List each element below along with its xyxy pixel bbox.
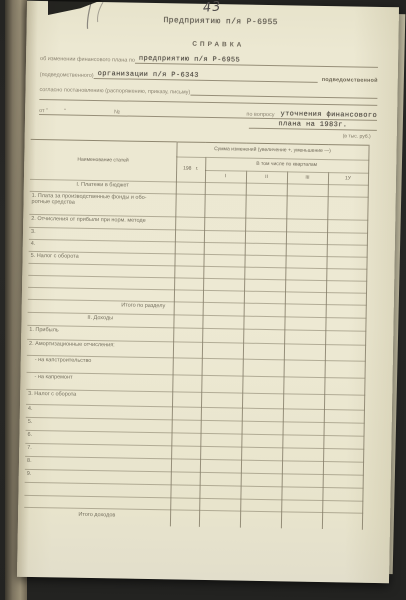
table-cell [201, 392, 242, 408]
table-cell [174, 266, 203, 279]
subject-field-line2: плана на 1983г. [249, 119, 377, 131]
table-cell [242, 421, 283, 435]
table-cell [243, 316, 284, 330]
table-cell [172, 420, 201, 434]
table-cell [171, 433, 200, 447]
table-cell [203, 302, 244, 316]
table-cell [174, 302, 203, 316]
table-cell [170, 485, 199, 499]
table-cell [323, 462, 363, 476]
date-close-quote: " [64, 108, 66, 114]
table-cell [324, 410, 364, 424]
table-cell [284, 317, 325, 331]
table-cell [244, 279, 285, 292]
table-cell [285, 304, 326, 318]
table-cell [173, 328, 202, 343]
table-cell [200, 472, 241, 486]
table-cell [245, 195, 286, 219]
table-cell [202, 315, 243, 329]
table-cell [285, 292, 326, 305]
table-cell [172, 375, 201, 393]
table-cell [322, 488, 362, 502]
table-cell [327, 220, 367, 234]
table-cell [172, 392, 201, 408]
table-cell [205, 182, 246, 195]
table-cell [200, 446, 241, 460]
table-cell [175, 217, 204, 231]
table-cell [245, 218, 286, 232]
table-cell [174, 254, 203, 267]
spacer [39, 125, 249, 129]
table-cell [282, 448, 323, 462]
change-field: предприятию п/я Р-6955 [135, 54, 378, 68]
table-cell [173, 315, 202, 329]
header-quarter-4: 1У [328, 173, 368, 186]
table-cell [242, 408, 283, 422]
number-sign: № [114, 109, 120, 115]
header-quarter-3: III [287, 172, 328, 185]
table-cell [204, 230, 245, 243]
table-cell [284, 344, 325, 361]
header-items: Наименование статей [30, 139, 177, 182]
table-cell [325, 361, 365, 379]
table-cell [204, 194, 245, 218]
table-cell [199, 498, 240, 511]
table-cell [324, 395, 364, 411]
table-cell [243, 343, 284, 360]
subject-label: по вопросу [246, 112, 274, 118]
handwritten-number: 43 [202, 0, 222, 16]
table-cell [285, 268, 326, 281]
table-cell [173, 358, 202, 376]
table-cell [322, 501, 362, 514]
table-cell [242, 376, 283, 394]
table-cell [240, 499, 281, 512]
table-cell [172, 407, 201, 421]
table-cell [323, 475, 363, 489]
table-cell [326, 257, 366, 270]
table-cell [244, 255, 285, 268]
change-value: предприятию п/я Р-6955 [139, 55, 240, 65]
table-cell [324, 378, 364, 396]
table-cell [245, 231, 286, 244]
table-cell [286, 232, 327, 245]
table-cell [245, 243, 286, 256]
table-cell [283, 422, 324, 436]
table-cell [243, 329, 284, 344]
table-cell [285, 256, 326, 269]
table-cell [243, 359, 284, 377]
header-quarter-1: I [205, 170, 246, 183]
change-label: об изменении финансового плана по [40, 56, 135, 64]
table-cell [325, 318, 365, 332]
table-cell [203, 254, 244, 267]
table-cell [285, 280, 326, 293]
subordinate-value: организации п/я Р-6343 [98, 70, 199, 80]
form-line-subordinate: (подведомственного) организации п/я Р-63… [40, 67, 378, 84]
table-cell [281, 500, 322, 513]
table-cell [176, 182, 205, 195]
date-from-label: от " [39, 108, 48, 114]
table-cell [174, 290, 203, 303]
table-cell [199, 510, 240, 527]
table-cell [283, 394, 324, 410]
table-cell [281, 487, 322, 501]
subject-value-line1: уточнения финансового [280, 110, 377, 120]
table-cell [287, 184, 328, 197]
table-cell [202, 358, 243, 376]
table-cell [202, 342, 243, 359]
header-quarter-2: II [246, 171, 287, 184]
table-cell [323, 449, 363, 463]
table-cell [240, 511, 281, 528]
table-cell [173, 342, 202, 359]
table-cell [326, 293, 366, 306]
table-cell [241, 447, 282, 461]
table-cell [202, 328, 243, 343]
table-cell [171, 446, 200, 460]
table-cell [325, 331, 365, 346]
table-cell [244, 291, 285, 304]
table-cell [244, 303, 285, 317]
table-cell [323, 436, 363, 450]
table-cell [282, 461, 323, 475]
table-cell [328, 185, 368, 198]
header-year: 198 г. [176, 157, 205, 183]
table-cell [175, 194, 204, 218]
table-cell [201, 420, 242, 434]
table-cell [325, 345, 365, 362]
table-cell [282, 474, 323, 488]
table-cell [326, 281, 366, 294]
table-cell [242, 393, 283, 409]
table-cell [170, 510, 199, 527]
table-cell [284, 330, 325, 345]
table-cell [241, 473, 282, 487]
table-cell [286, 196, 327, 220]
subordinate-label: (подведомственного) [40, 72, 94, 79]
table-cell [241, 460, 282, 474]
table-cell [200, 459, 241, 473]
document-page: 43 Предприятию п/я Р-6955 СПРАВКА об изм… [17, 1, 399, 583]
changes-table: Наименование статей Сумма изменений (уве… [24, 139, 369, 529]
table-cell [203, 266, 244, 279]
table-cell [204, 217, 245, 231]
table-cell [201, 407, 242, 421]
table-cell [284, 360, 325, 378]
table-cell [203, 278, 244, 291]
table-cell [326, 305, 366, 319]
table-cell [171, 472, 200, 486]
table-cell [324, 423, 364, 437]
table-cell [282, 435, 323, 449]
table-cell [283, 377, 324, 395]
table-cell [286, 219, 327, 233]
table-cell [246, 183, 287, 196]
table-cell [175, 230, 204, 243]
table-cell [200, 433, 241, 447]
table-cell [283, 409, 324, 423]
table-cell [322, 513, 362, 530]
table-cell [327, 197, 367, 221]
table-cell [244, 267, 285, 280]
units-note: (в тыс. руб.) [343, 133, 371, 139]
date-day-blank [48, 106, 64, 114]
document-title: СПРАВКА [26, 38, 398, 51]
subordinate-field: организации п/я Р-6343 [94, 69, 318, 83]
table-cell [170, 498, 199, 511]
table-cell [201, 375, 242, 393]
table-cell [327, 245, 367, 258]
table-cell [171, 459, 200, 473]
table-cell [175, 242, 204, 255]
subordinate-right-label: подведомственной [322, 77, 378, 84]
photo-of-document: { "colors": { "paper": "#ece8d2", "backg… [0, 0, 406, 600]
form-line-change: об изменении финансового плана по предпр… [40, 51, 378, 68]
table-cell [326, 269, 366, 282]
table-cell [327, 233, 367, 246]
table-cell [281, 512, 322, 529]
table-cell [240, 486, 281, 500]
table-cell [204, 242, 245, 255]
row-label: Итого доходов [24, 507, 170, 526]
table-cell [174, 278, 203, 291]
row-label: 1. Плата за производственные фонды и обо… [29, 191, 175, 217]
subject-value-line2: плана на 1983г. [278, 120, 347, 129]
table-cell [286, 244, 327, 257]
table-cell [203, 290, 244, 303]
table-cell [241, 434, 282, 448]
table-cell [199, 485, 240, 499]
